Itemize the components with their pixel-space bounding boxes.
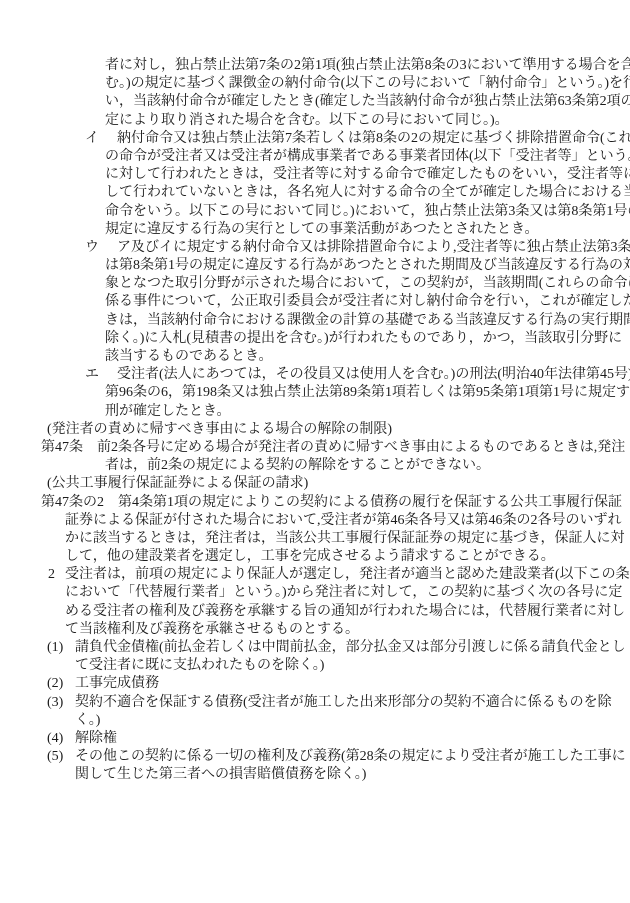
- text-line: む。)の規定に基づく課徴金の納付命令(以下この号において「納付命令」という。)を…: [41, 75, 610, 93]
- text-line: 該当するものであるとき。: [41, 348, 610, 366]
- text-line: (3)契約不適合を保証する債務(受注者が施工した出来形部分の契約不適合に係るもの…: [41, 694, 610, 712]
- text-line: 2受注者は，前項の規定により保証人が選定し，発注者が適当と認めた建設業者(以下こ…: [41, 566, 610, 584]
- text-line: い，当該納付命令が確定したとき(確定した当該納付命令が独占禁止法第63条第2項の…: [41, 93, 610, 111]
- text-line: 象となつた取引分野が示された場合において，この契約が，当該期間(これらの命令に: [41, 275, 610, 293]
- text-line: して行われていないときは，各名宛人に対する命令の全てが確定した場合における当該: [41, 184, 610, 202]
- text-line: 命令をいう。以下この号において同じ。)において，独占禁止法第3条又は第8条第1号…: [41, 203, 610, 221]
- line-text: 工事完成債務: [75, 676, 159, 691]
- line-text: 受注者(法人にあつては，その役員又は使用人を含む。)の刑法(明治40年法律第45…: [117, 367, 630, 382]
- text-line: (発注者の責めに帰すべき事由による場合の解除の制限): [41, 421, 610, 439]
- clause-marker: イ: [85, 130, 117, 148]
- text-line: の命令が受注者又は受注者が構成事業者である事業者団体(以下「受注者等」という。): [41, 148, 610, 166]
- text-line: きは，当該納付命令における課徴金の計算の基礎である当該違反する行為の実行期間を: [41, 312, 610, 330]
- text-line: 刑が確定したとき。: [41, 403, 610, 421]
- clause-marker: 2: [48, 566, 65, 584]
- text-line: に対して行われたときは，受注者等に対する命令で確定したものをいい，受注者等に対: [41, 166, 610, 184]
- text-line: 第96条の6，第198条又は独占禁止法第89条第1項若しくは第95条第1項第1号…: [41, 384, 610, 402]
- text-line: イ納付命令又は独占禁止法第7条若しくは第8条の2の規定に基づく排除措置命令(これ…: [41, 130, 610, 148]
- text-line: ウア及びイに規定する納付命令又は排除措置命令により,受注者等に独占禁止法第3条又: [41, 239, 610, 257]
- text-line: く。): [41, 712, 610, 730]
- document-body: 者に対し，独占禁止法第7条の2第1項(独占禁止法第8条の3において準用する場合を…: [41, 57, 610, 785]
- text-line: 第47条の2第4条第1項の規定によりこの契約による債務の履行を保証する公共工事履…: [41, 494, 610, 512]
- clause-marker: エ: [85, 366, 117, 384]
- text-line: (1)請負代金債権(前払金若しくは中間前払金，部分払金又は部分引渡しに係る請負代…: [41, 639, 610, 657]
- text-line: 第47条前2条各号に定める場合が発注者の責めに帰すべき事由によるものであるときは…: [41, 439, 610, 457]
- text-line: (5)その他この契約に係る一切の権利及び義務(第28条の規定により受注者が施工し…: [41, 748, 610, 766]
- text-line: (4)解除権: [41, 730, 610, 748]
- clause-marker: (3): [47, 694, 75, 712]
- text-line: 定により取り消された場合を含む。以下この号において同じ。)。: [41, 112, 610, 130]
- text-line: して，他の建設業者を選定し，工事を完成させるよう請求することができる。: [41, 548, 610, 566]
- line-text: 第4条第1項の規定によりこの契約による債務の履行を保証する公共工事履行保証: [118, 495, 622, 510]
- line-text: 請負代金債権(前払金若しくは中間前払金，部分払金又は部分引渡しに係る請負代金とし: [75, 640, 626, 655]
- text-line: て受注者に既に支払われたものを除く。): [41, 657, 610, 675]
- text-line: かに該当するときは，発注者は，当該公共工事履行保証証券の規定に基づき，保証人に対: [41, 530, 610, 548]
- contract-document-page: 者に対し，独占禁止法第7条の2第1項(独占禁止法第8条の3において準用する場合を…: [0, 0, 630, 903]
- text-line: 者は，前2条の規定による契約の解除をすることができない。: [41, 457, 610, 475]
- text-line: 関して生じた第三者への損害賠償債務を除く。): [41, 766, 610, 784]
- line-text: その他この契約に係る一切の権利及び義務(第28条の規定により受注者が施工した工事…: [75, 749, 626, 764]
- text-line: 者に対し，独占禁止法第7条の2第1項(独占禁止法第8条の3において準用する場合を…: [41, 57, 610, 75]
- text-line: て当該権利及び義務を承継させるものとする。: [41, 621, 610, 639]
- clause-marker: 第47条の2: [41, 494, 118, 512]
- text-line: 規定に違反する行為の実行としての事業活動があつたとされたとき。: [41, 221, 610, 239]
- line-text: 納付命令又は独占禁止法第7条若しくは第8条の2の規定に基づく排除措置命令(これら: [117, 131, 630, 146]
- text-line: エ受注者(法人にあつては，その役員又は使用人を含む。)の刑法(明治40年法律第4…: [41, 366, 610, 384]
- text-line: 証券による保証が付された場合において,受注者が第46条各号又は第46条の2各号の…: [41, 512, 610, 530]
- text-line: (公共工事履行保証証券による保証の請求): [41, 475, 610, 493]
- line-text: 受注者は，前項の規定により保証人が選定し，発注者が適当と認めた建設業者(以下この…: [65, 567, 630, 582]
- text-line: 係る事件について，公正取引委員会が受注者に対し納付命令を行い，これが確定したと: [41, 293, 610, 311]
- clause-marker: (2): [47, 675, 75, 693]
- text-line: (2)工事完成債務: [41, 675, 610, 693]
- text-line: において「代替履行業者」という。)から発注者に対して，この契約に基づく次の各号に…: [41, 584, 610, 602]
- text-line: 除く。)に入札(見積書の提出を含む。)が行われたものであり，かつ，当該取引分野に: [41, 330, 610, 348]
- text-line: は第8条第1号の規定に違反する行為があつたとされた期間及び当該違反する行為の対: [41, 257, 610, 275]
- line-text: 契約不適合を保証する債務(受注者が施工した出来形部分の契約不適合に係るものを除: [75, 695, 612, 710]
- clause-marker: ウ: [85, 239, 117, 257]
- text-line: める受注者の権利及び義務を承継する旨の通知が行われた場合には，代替履行業者に対し: [41, 603, 610, 621]
- line-text: 前2条各号に定める場合が発注者の責めに帰すべき事由によるものであるときは,発注: [97, 440, 625, 455]
- line-text: ア及びイに規定する納付命令又は排除措置命令により,受注者等に独占禁止法第3条又: [117, 240, 630, 255]
- line-text: 解除権: [75, 731, 117, 746]
- clause-marker: (1): [47, 639, 75, 657]
- clause-marker: 第47条: [41, 439, 97, 457]
- clause-marker: (4): [47, 730, 75, 748]
- clause-marker: (5): [47, 748, 75, 766]
